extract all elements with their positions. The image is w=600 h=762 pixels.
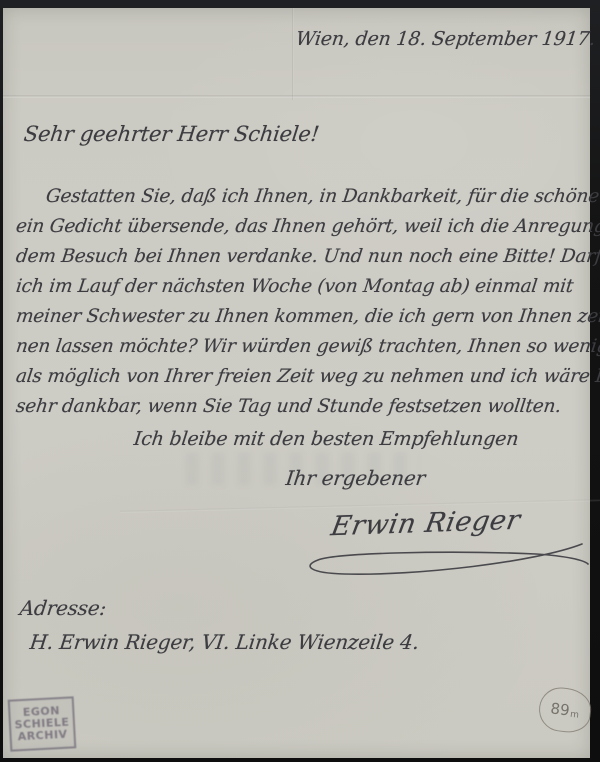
horizontal-fold-crease (3, 95, 590, 98)
address-label: Adresse: (19, 596, 108, 620)
signature-flourish-stroke (296, 536, 592, 584)
body-line: ein Gedicht übersende, das Ihnen gehört,… (15, 216, 600, 237)
salutation: Sehr geehrter Herr Schiele! (23, 122, 321, 146)
body-line: nen lassen möchte? Wir würden gewiß trac… (15, 336, 600, 357)
closing-line: Ich bleibe mit den besten Empfehlungen (133, 428, 520, 450)
archive-stamp: EGON SCHIELE ARCHIV (8, 696, 77, 751)
stamp-line: ARCHIV (17, 729, 67, 744)
body-line: ich im Lauf der nächsten Woche (von Mont… (15, 276, 575, 297)
vertical-fold-crease (292, 8, 294, 100)
body-line: dem Besuch bei Ihnen verdanke. Und nun n… (15, 246, 600, 267)
body-line: Gestatten Sie, daß ich Ihnen, in Dankbar… (45, 186, 600, 207)
date-line: Wien, den 18. September 1917. (295, 28, 597, 50)
body-line: sehr dankbar, wenn Sie Tag und Stunde fe… (15, 396, 563, 417)
valediction: Ihr ergebener (285, 466, 427, 490)
inventory-number: 89 (550, 699, 571, 719)
body-line: als möglich von Ihrer freien Zeit weg zu… (15, 366, 600, 387)
address-line: H. Erwin Rieger, VI. Linke Wienzeile 4. (29, 630, 421, 654)
inventory-number-suffix: m (570, 710, 580, 721)
body-line: meiner Schwester zu Ihnen kommen, die ic… (15, 306, 600, 327)
